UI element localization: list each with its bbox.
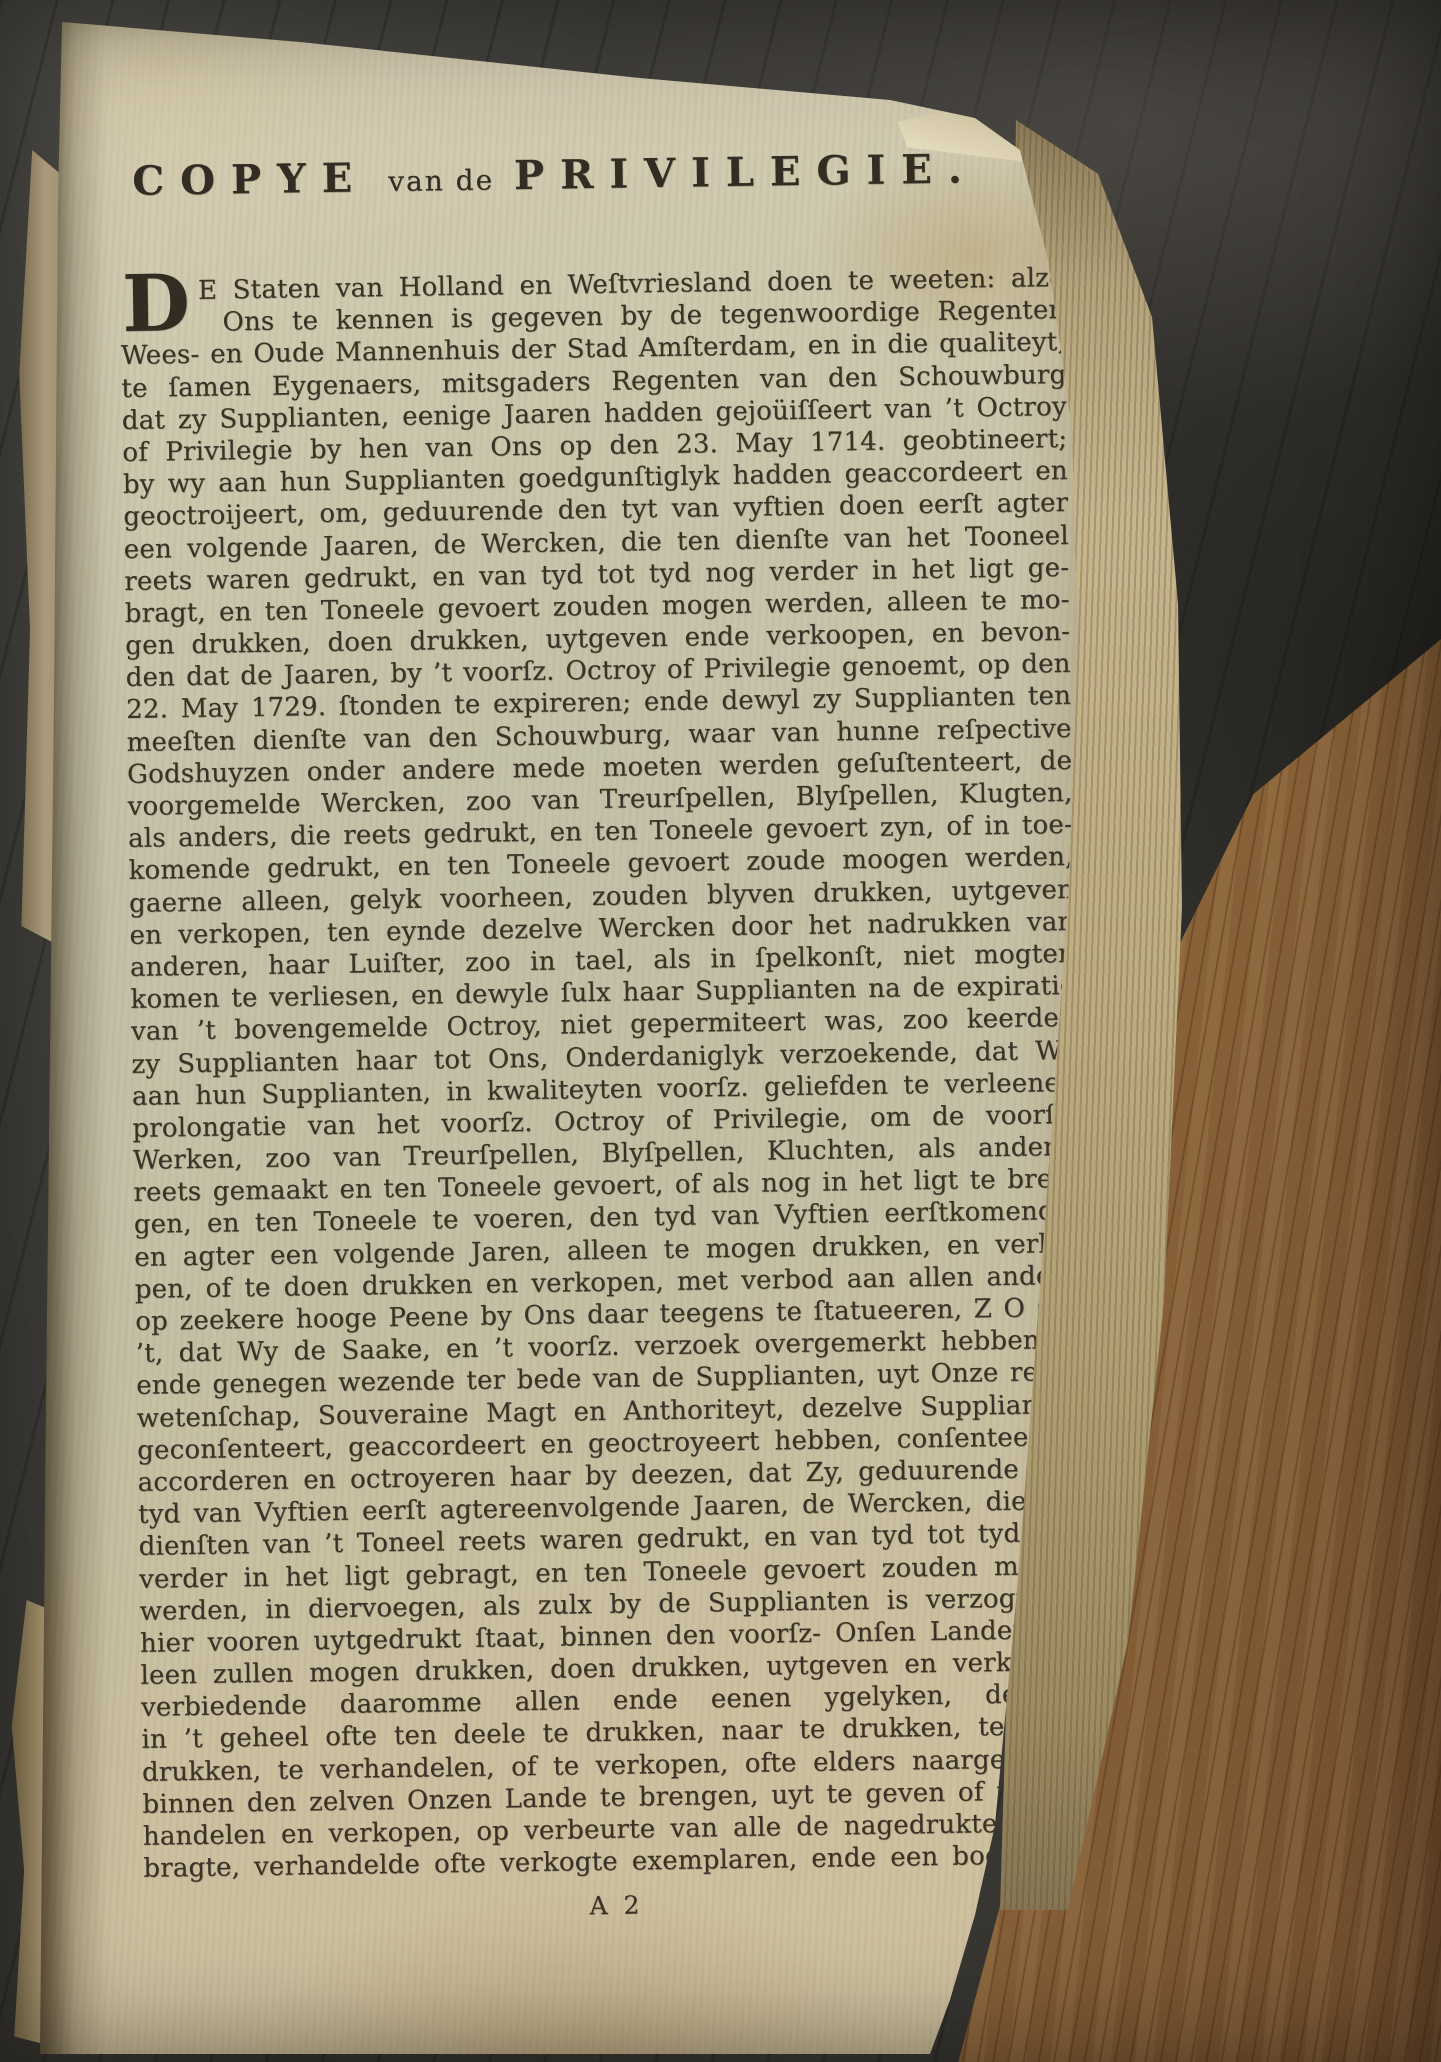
text-block: COPYE van de PRIVILEGIE. D E Staten van …: [118, 144, 1089, 1934]
signature-mark: A 2: [589, 1891, 643, 1921]
book-page: COPYE van de PRIVILEGIE. D E Staten van …: [40, 8, 1100, 2062]
title-connector: van de: [388, 163, 494, 198]
drop-cap: D: [122, 272, 191, 337]
page-title: COPYE van de PRIVILEGIE.: [132, 144, 1064, 214]
title-privilegie: PRIVILEGIE.: [514, 145, 978, 199]
title-copye: COPYE: [132, 154, 368, 204]
text-lines: D E Staten van Holland en Weſtvriesland …: [120, 262, 1089, 1885]
page-footer: A 2 drie: [144, 1874, 1090, 1934]
photo-frame: COPYE van de PRIVILEGIE. D E Staten van …: [0, 0, 1441, 2062]
